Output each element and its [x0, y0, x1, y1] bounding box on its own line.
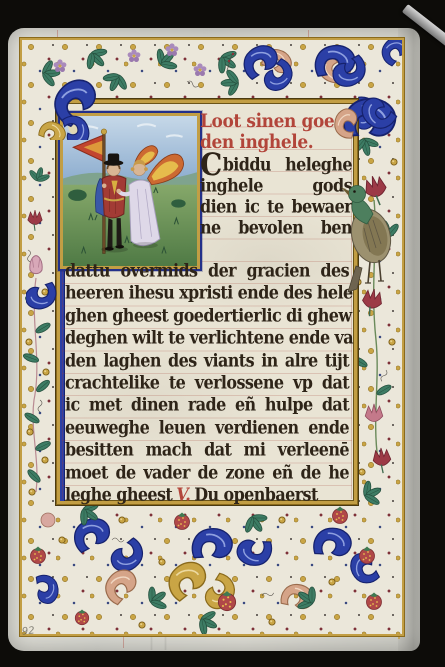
text-line: crachtelike te verlossene vp dat: [65, 371, 349, 396]
rubric-line: den inghele.: [200, 132, 352, 155]
text-line: dattu overmids der gracien des: [65, 259, 349, 284]
text-line: ic met dinen rade eñ hulpe dat: [65, 393, 349, 418]
left-border-motifs: [22, 167, 51, 495]
top-border-motifs: [36, 40, 402, 99]
text-fragment: leghe gheest: [65, 484, 172, 505]
text-line: ghen gheest goedertierlic di ghew: [65, 304, 349, 329]
text-line: dien ic te bewaer: [200, 195, 352, 218]
text-line: den laghen des viants in alre tijt: [65, 349, 349, 374]
pilgrim-and-guardian-angel-miniature: [60, 113, 200, 269]
main-text: dattu overmids der gracien des heeren ih…: [65, 259, 349, 505]
text-line: inghele gods: [200, 174, 352, 197]
text-area: Loot sinen goe den inghele. Cbiddu heleg…: [62, 105, 352, 499]
rubric-and-opening-column: Loot sinen goe den inghele. Cbiddu heleg…: [200, 111, 352, 237]
perched-bird-illustration: [340, 178, 404, 306]
manuscript-photo: Loot sinen goe den inghele. Cbiddu heleg…: [0, 0, 445, 667]
bottom-border-motifs: [31, 497, 382, 634]
text-block: Loot sinen goe den inghele. Cbiddu heleg…: [55, 98, 359, 506]
rubric-line: Loot sinen goe: [200, 111, 352, 134]
text-line: moet de vader de zone eñ de he: [65, 461, 349, 486]
text-line: deghen wilt te verlichtene ende va: [65, 326, 349, 351]
text-line: heeren ihesu xpristi ende des hele: [65, 281, 349, 306]
text-line-last: leghe gheestV.Du openbaerst: [65, 483, 349, 508]
parchment-page: Loot sinen goe den inghele. Cbiddu heleg…: [8, 28, 420, 651]
text-line: biddu heleghe: [223, 154, 352, 175]
illuminated-border: Loot sinen goe den inghele. Cbiddu heleg…: [20, 38, 404, 636]
text-line: eeuweghe leuen verdienen ende: [65, 416, 349, 441]
versicle-mark: V.: [176, 484, 190, 505]
text-line: ne bevolen ben: [200, 216, 352, 239]
text-line: besitten mach dat mi verleenē: [65, 438, 349, 463]
text-fragment: Du openbaerst: [194, 484, 318, 505]
